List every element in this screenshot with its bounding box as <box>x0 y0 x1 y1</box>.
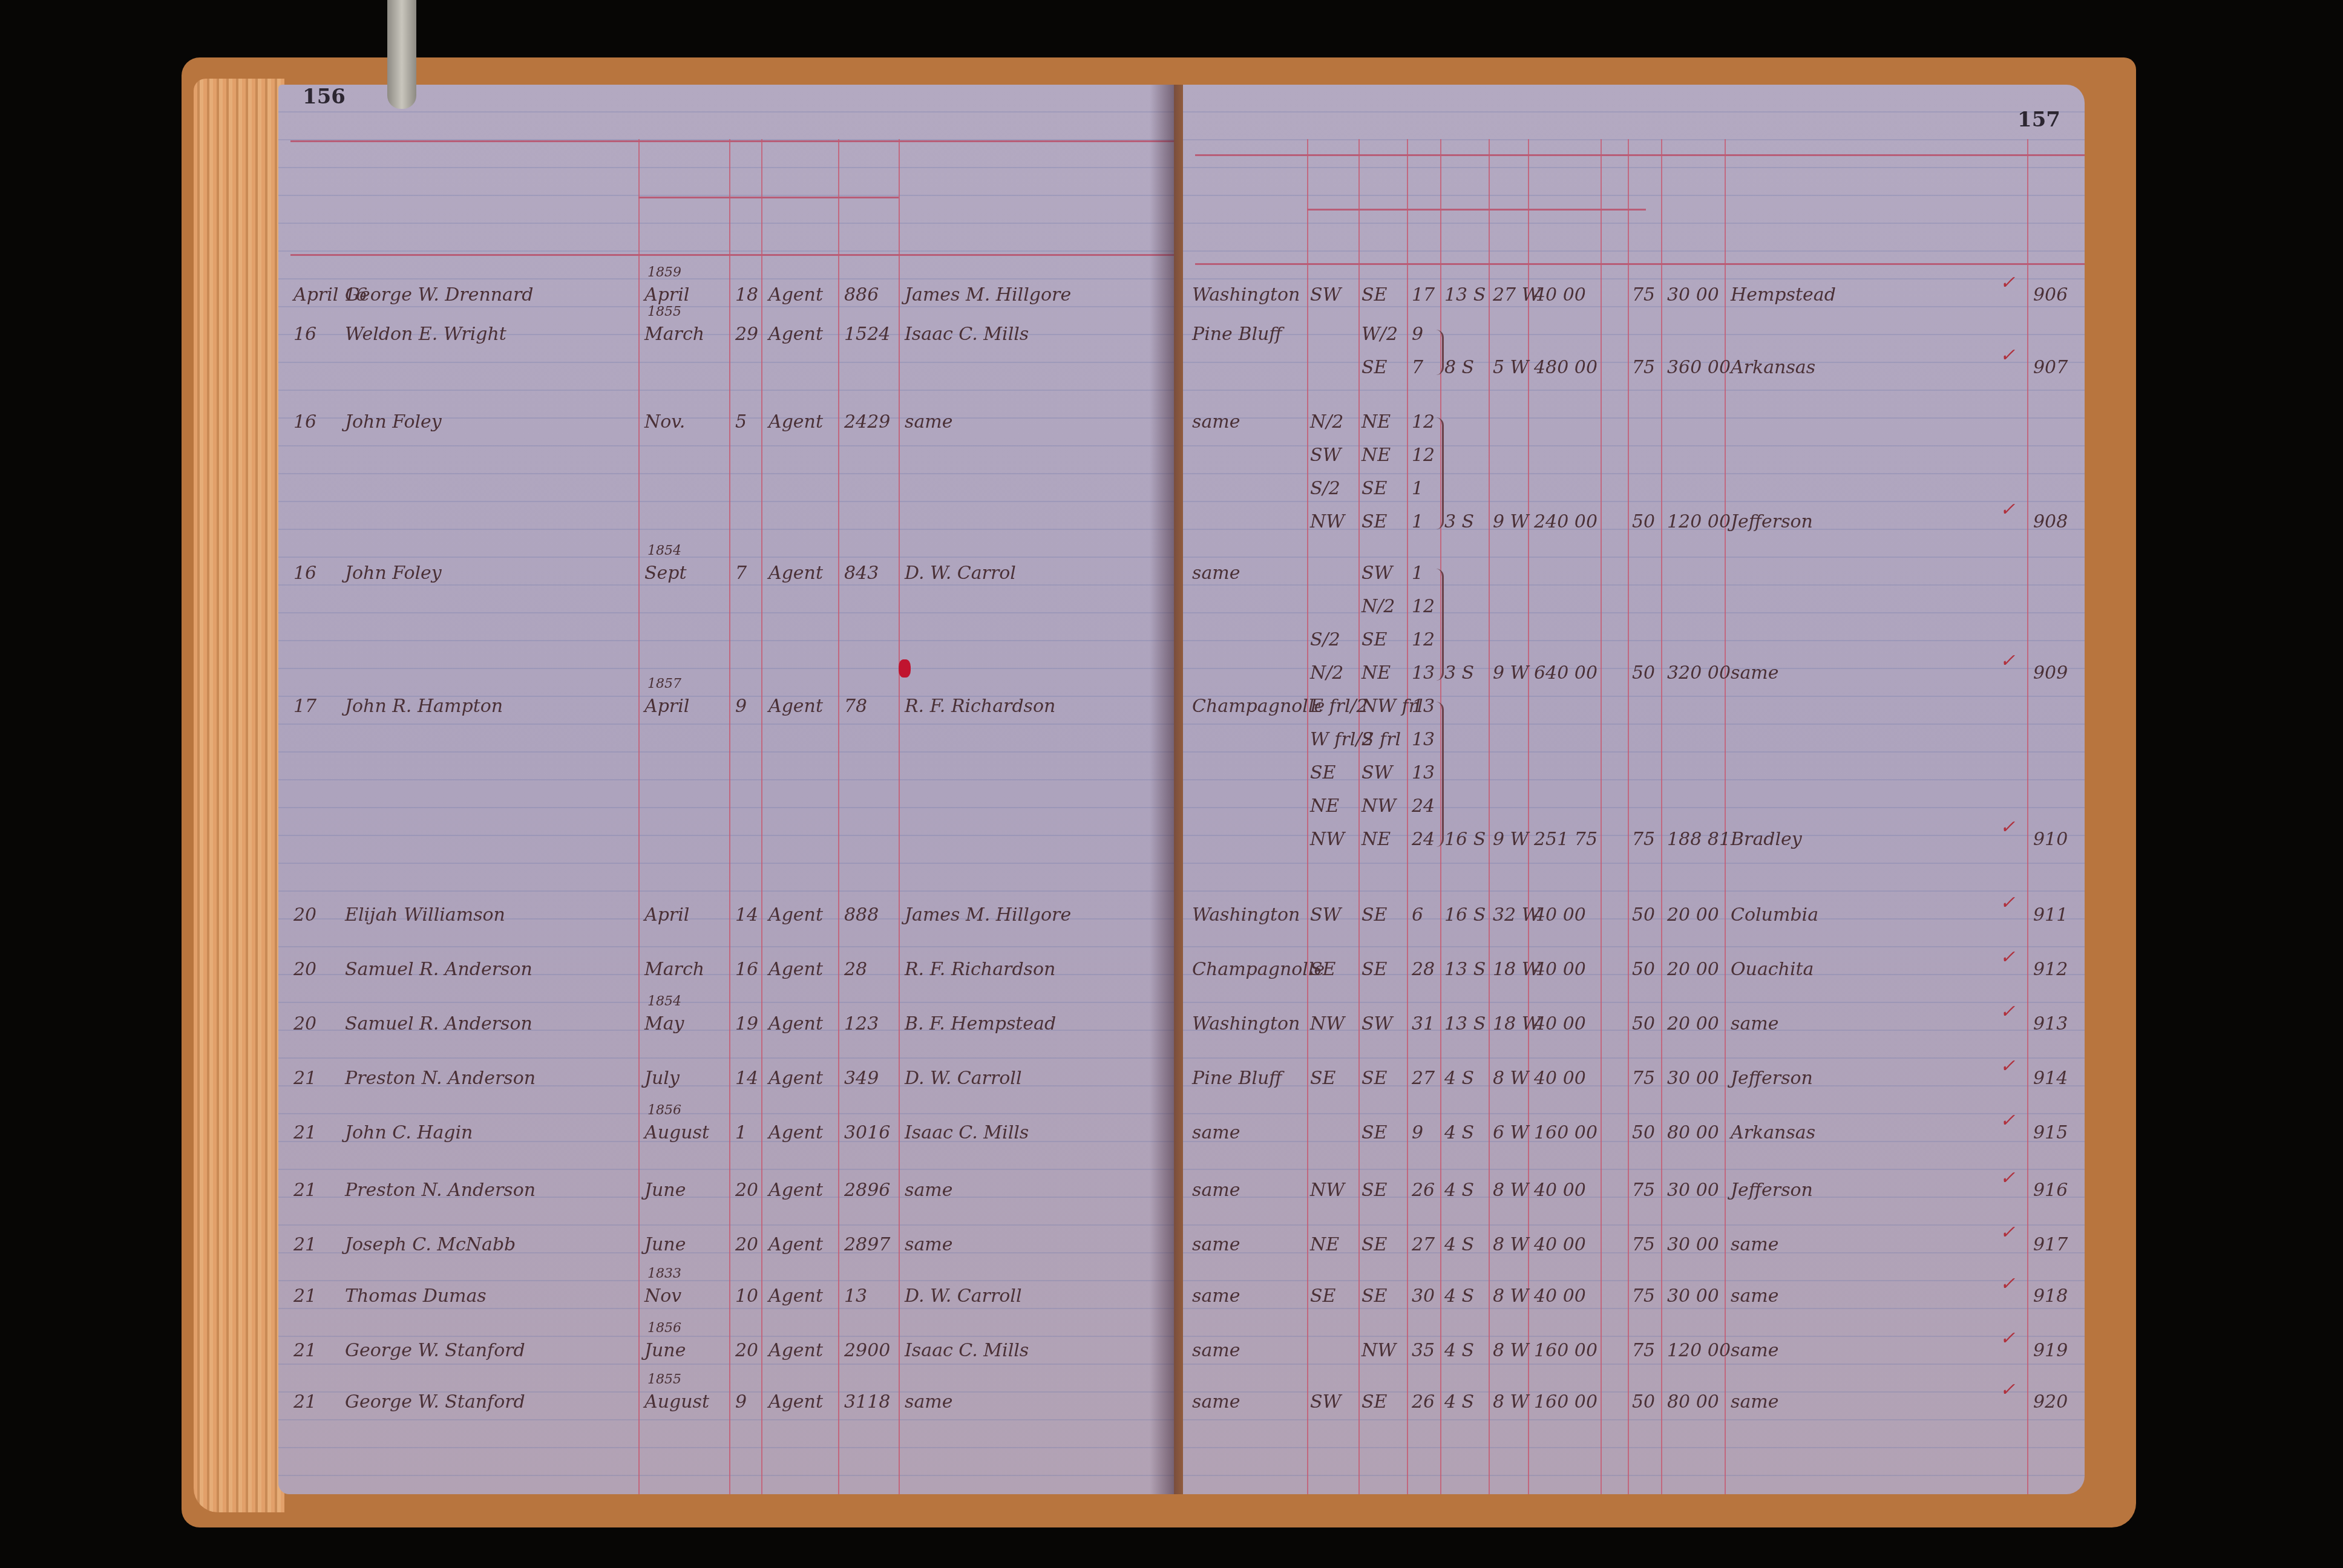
township: 4 S <box>1444 1122 1474 1143</box>
amount: 30 00 <box>1667 1180 1719 1201</box>
header-bottom-rule <box>1195 263 2085 265</box>
checkmark-icon: ✓ <box>2000 892 2015 913</box>
certificate-month: June <box>644 1234 686 1255</box>
patent-number: 912 <box>2033 959 2068 980</box>
issued-to: Agent <box>768 563 823 584</box>
checkmark-icon: ✓ <box>2000 1168 2015 1189</box>
township: 13 S <box>1444 284 1486 305</box>
quarter: SE <box>1310 959 1335 980</box>
certificate-year: 1856 <box>647 1321 681 1336</box>
amount: 20 00 <box>1667 1013 1719 1034</box>
acres: 480 00 <box>1534 357 1597 378</box>
section-number: 1 <box>1412 478 1423 499</box>
quarter: SE <box>1310 1285 1335 1307</box>
patent-number: 909 <box>2033 662 2068 684</box>
quarter: S/2 <box>1310 629 1340 650</box>
certificate-day: 1 <box>735 1122 747 1143</box>
range: 9 W <box>1493 511 1529 532</box>
certificate-number: 78 <box>844 696 867 717</box>
land-office: same <box>1192 1391 1240 1413</box>
land-office: Washington <box>1192 1013 1300 1034</box>
rate: 75 <box>1632 284 1655 305</box>
certificate-number: 2429 <box>844 411 890 433</box>
section-part: SE <box>1362 1234 1387 1255</box>
quarter: SW <box>1310 284 1341 305</box>
land-office: Washington <box>1192 904 1300 926</box>
purchaser-name: Joseph C. McNabb <box>345 1234 516 1255</box>
header-rule <box>1195 154 2085 156</box>
entry-date: 20 <box>293 904 316 926</box>
certificate-day: 10 <box>735 1285 758 1307</box>
county: Arkansas <box>1731 1122 1815 1143</box>
amount: 30 00 <box>1667 1068 1719 1089</box>
amount: 120 00 <box>1667 1340 1731 1361</box>
township: 4 S <box>1444 1285 1474 1307</box>
certificate-day: 18 <box>735 284 758 305</box>
column-divider <box>2027 139 2028 1494</box>
section-part: SE <box>1362 357 1387 378</box>
county: Columbia <box>1731 904 1818 926</box>
section-part: NW <box>1362 795 1396 817</box>
land-office: same <box>1192 1180 1240 1201</box>
section-number: 24 <box>1412 795 1435 817</box>
quarter: NE <box>1310 795 1339 817</box>
column-divider <box>1725 139 1726 1494</box>
issued-to: Agent <box>768 1234 823 1255</box>
certificate-day: 14 <box>735 904 758 926</box>
section-part: S frl <box>1362 729 1401 750</box>
register-officer: same <box>905 411 952 433</box>
section-part: SE <box>1362 511 1387 532</box>
section-number: 31 <box>1412 1013 1435 1034</box>
register-officer: B. F. Hempstead <box>905 1013 1056 1034</box>
right-page-number: 157 <box>2017 108 2060 132</box>
issued-to: Agent <box>768 1013 823 1034</box>
issued-to: Agent <box>768 411 823 433</box>
certificate-month: June <box>644 1340 686 1361</box>
tract-brace <box>1436 417 1444 529</box>
certificate-day: 14 <box>735 1068 758 1089</box>
acres: 40 00 <box>1534 1013 1586 1034</box>
right-page: 157 WashingtonSWSE1713 S27 W40 007530 00… <box>1183 85 2085 1494</box>
amount: 120 00 <box>1667 511 1731 532</box>
header-bottom-rule <box>290 254 1174 256</box>
register-officer: Isaac C. Mills <box>905 324 1029 345</box>
range: 9 W <box>1493 662 1529 684</box>
range: 9 W <box>1493 829 1529 850</box>
checkmark-icon: ✓ <box>2000 817 2015 838</box>
section-number: 27 <box>1412 1234 1435 1255</box>
entry-date: 21 <box>293 1234 316 1255</box>
checkmark-icon: ✓ <box>2000 650 2015 671</box>
section-part: NE <box>1362 411 1391 433</box>
section-part: SE <box>1362 284 1387 305</box>
land-office: same <box>1192 1122 1240 1143</box>
certificate-day: 9 <box>735 696 747 717</box>
section-part: SE <box>1362 1122 1387 1143</box>
certificate-year: 1859 <box>647 265 681 280</box>
section-number: 6 <box>1412 904 1423 926</box>
certificate-month: Nov <box>644 1285 681 1307</box>
range: 18 W <box>1493 959 1541 980</box>
left-page-number: 156 <box>303 85 346 109</box>
purchaser-name: John Foley <box>345 563 442 584</box>
rate: 75 <box>1632 1340 1655 1361</box>
entry-date: 21 <box>293 1122 316 1143</box>
register-officer: Isaac C. Mills <box>905 1122 1029 1143</box>
quarter: SW <box>1310 445 1341 466</box>
section-number: 30 <box>1412 1285 1435 1307</box>
certificate-month: Nov. <box>644 411 685 433</box>
section-number: 13 <box>1412 762 1435 783</box>
section-part: SE <box>1362 959 1387 980</box>
rate: 75 <box>1632 1068 1655 1089</box>
township: 4 S <box>1444 1180 1474 1201</box>
acres: 40 00 <box>1534 1180 1586 1201</box>
land-office: same <box>1192 563 1240 584</box>
certificate-number: 3118 <box>844 1391 890 1413</box>
land-office: Champagnolle <box>1192 696 1325 717</box>
certificate-month: March <box>644 959 704 980</box>
column-divider <box>638 139 640 1494</box>
register-officer: Isaac C. Mills <box>905 1340 1029 1361</box>
certificate-day: 16 <box>735 959 758 980</box>
section-part: N/2 <box>1362 596 1395 617</box>
section-number: 13 <box>1412 696 1435 717</box>
tract-brace <box>1436 569 1444 681</box>
section-number: 12 <box>1412 445 1435 466</box>
section-number: 12 <box>1412 411 1435 433</box>
land-office: Pine Bluff <box>1192 1068 1282 1089</box>
range: 8 W <box>1493 1285 1529 1307</box>
register-officer: James M. Hillgore <box>905 904 1071 926</box>
acres: 160 00 <box>1534 1340 1597 1361</box>
checkmark-icon: ✓ <box>2000 272 2015 293</box>
section-number: 12 <box>1412 629 1435 650</box>
entry-date: 16 <box>293 411 316 433</box>
acres: 40 00 <box>1534 904 1586 926</box>
patent-number: 913 <box>2033 1013 2068 1034</box>
patent-number: 916 <box>2033 1180 2068 1201</box>
patent-number: 917 <box>2033 1234 2068 1255</box>
entry-date: 17 <box>293 696 316 717</box>
acres: 40 00 <box>1534 1285 1586 1307</box>
range: 8 W <box>1493 1391 1529 1413</box>
township: 4 S <box>1444 1340 1474 1361</box>
section-part: SW <box>1362 1013 1392 1034</box>
rate: 75 <box>1632 1180 1655 1201</box>
entry-date: 21 <box>293 1285 316 1307</box>
section-part: NE <box>1362 829 1391 850</box>
quarter: N/2 <box>1310 662 1343 684</box>
rate: 50 <box>1632 1391 1655 1413</box>
register-officer: R. F. Richardson <box>905 696 1055 717</box>
issued-to: Agent <box>768 696 823 717</box>
section-number: 9 <box>1412 1122 1423 1143</box>
issued-to: Agent <box>768 1391 823 1413</box>
township: 4 S <box>1444 1391 1474 1413</box>
column-divider <box>1628 139 1629 1494</box>
county: same <box>1731 1391 1778 1413</box>
range: 8 W <box>1493 1068 1529 1089</box>
quarter: NW <box>1310 829 1345 850</box>
county: same <box>1731 1234 1778 1255</box>
section-number: 1 <box>1412 563 1423 584</box>
county: same <box>1731 1013 1778 1034</box>
checkmark-icon: ✓ <box>2000 1110 2015 1131</box>
certificate-month: April <box>644 904 689 926</box>
left-page: 156 April 16George W. Drennard1859April1… <box>278 85 1174 1494</box>
section-number: 13 <box>1412 729 1435 750</box>
entry-date: 21 <box>293 1068 316 1089</box>
rate: 50 <box>1632 1122 1655 1143</box>
quarter: NE <box>1310 1234 1339 1255</box>
certificate-number: 2896 <box>844 1180 890 1201</box>
rate: 50 <box>1632 904 1655 926</box>
purchaser-name: Samuel R. Anderson <box>345 959 532 980</box>
register-officer: R. F. Richardson <box>905 959 1055 980</box>
certificate-day: 20 <box>735 1340 758 1361</box>
rate: 75 <box>1632 357 1655 378</box>
checkmark-icon: ✓ <box>2000 1379 2015 1400</box>
section-part: SE <box>1362 629 1387 650</box>
issued-to: Agent <box>768 1340 823 1361</box>
patent-number: 920 <box>2033 1391 2068 1413</box>
issued-to: Agent <box>768 1122 823 1143</box>
checkmark-icon: ✓ <box>2000 1328 2015 1349</box>
range: 6 W <box>1493 1122 1529 1143</box>
amount: 320 00 <box>1667 662 1731 684</box>
register-officer: same <box>905 1391 952 1413</box>
amount: 20 00 <box>1667 904 1719 926</box>
register-officer: James M. Hillgore <box>905 284 1071 305</box>
certificate-year: 1855 <box>647 1372 681 1387</box>
section-part: SW <box>1362 762 1392 783</box>
certificate-month: August <box>644 1391 709 1413</box>
patent-number: 914 <box>2033 1068 2068 1089</box>
metal-clip <box>387 0 416 109</box>
certificate-number: 123 <box>844 1013 879 1034</box>
certificate-year: 1855 <box>647 304 681 319</box>
county: Jefferson <box>1731 1068 1813 1089</box>
quarter: SW <box>1310 1391 1341 1413</box>
certificate-year: 1854 <box>647 994 681 1009</box>
register-officer: same <box>905 1180 952 1201</box>
checkmark-icon: ✓ <box>2000 345 2015 366</box>
register-officer: D. W. Carroll <box>905 1068 1022 1089</box>
quarter: NW <box>1310 511 1345 532</box>
section-number: 24 <box>1412 829 1435 850</box>
county: Bradley <box>1731 829 1802 850</box>
page-edges <box>194 79 284 1512</box>
land-office: Champagnolle <box>1192 959 1325 980</box>
section-number: 12 <box>1412 596 1435 617</box>
acres: 40 00 <box>1534 1234 1586 1255</box>
quarter: S/2 <box>1310 478 1340 499</box>
column-divider <box>1601 139 1602 1494</box>
checkmark-icon: ✓ <box>2000 1273 2015 1295</box>
certificate-number: 2897 <box>844 1234 890 1255</box>
section-part: SE <box>1362 1285 1387 1307</box>
section-part: W/2 <box>1362 324 1398 345</box>
rate: 75 <box>1632 1234 1655 1255</box>
issued-to: Agent <box>768 904 823 926</box>
section-number: 27 <box>1412 1068 1435 1089</box>
township: 4 S <box>1444 1068 1474 1089</box>
certificate-number: 2900 <box>844 1340 890 1361</box>
purchaser-name: Elijah Williamson <box>345 904 505 926</box>
quarter: NW <box>1310 1013 1345 1034</box>
purchaser-name: George W. Stanford <box>345 1340 525 1361</box>
county: Ouachita <box>1731 959 1814 980</box>
amount: 20 00 <box>1667 959 1719 980</box>
certificate-year: 1856 <box>647 1103 681 1118</box>
amount: 80 00 <box>1667 1391 1719 1413</box>
township: 4 S <box>1444 1234 1474 1255</box>
entry-date: 16 <box>293 563 316 584</box>
range: 5 W <box>1493 357 1529 378</box>
range: 8 W <box>1493 1234 1529 1255</box>
patent-number: 918 <box>2033 1285 2068 1307</box>
amount: 360 00 <box>1667 357 1731 378</box>
patent-number: 919 <box>2033 1340 2068 1361</box>
section-number: 26 <box>1412 1391 1435 1413</box>
entry-date: 21 <box>293 1180 316 1201</box>
purchaser-name: Samuel R. Anderson <box>345 1013 532 1034</box>
quarter: NW <box>1310 1180 1345 1201</box>
issued-to: Agent <box>768 1068 823 1089</box>
section-part: SE <box>1362 1068 1387 1089</box>
patent-number: 907 <box>2033 357 2068 378</box>
column-divider <box>1307 139 1308 1494</box>
rate: 75 <box>1632 1285 1655 1307</box>
purchaser-name: Weldon E. Wright <box>345 324 506 345</box>
certificate-month: August <box>644 1122 709 1143</box>
county: Hempstead <box>1731 284 1836 305</box>
rate: 50 <box>1632 511 1655 532</box>
range: 18 W <box>1493 1013 1541 1034</box>
certificate-year: 1857 <box>647 676 681 691</box>
certificate-month: July <box>644 1068 680 1089</box>
checkmark-icon: ✓ <box>2000 499 2015 520</box>
register-officer: D. W. Carrol <box>905 563 1016 584</box>
certificate-number: 1524 <box>844 324 890 345</box>
column-divider <box>1489 139 1490 1494</box>
certificate-number: 843 <box>844 563 879 584</box>
land-office: same <box>1192 411 1240 433</box>
purchaser-name: Preston N. Anderson <box>345 1180 536 1201</box>
checkmark-icon: ✓ <box>2000 1222 2015 1243</box>
certificate-number: 3016 <box>844 1122 890 1143</box>
quarter: N/2 <box>1310 411 1343 433</box>
rate: 50 <box>1632 662 1655 684</box>
amount: 30 00 <box>1667 1285 1719 1307</box>
acres: 640 00 <box>1534 662 1597 684</box>
range: 32 W <box>1493 904 1541 926</box>
certificate-number: 888 <box>844 904 879 926</box>
township: 13 S <box>1444 959 1486 980</box>
range: 8 W <box>1493 1340 1529 1361</box>
issued-to: Agent <box>768 1285 823 1307</box>
certificate-month: May <box>644 1013 684 1034</box>
column-divider <box>1407 139 1408 1494</box>
township: 3 S <box>1444 511 1474 532</box>
entry-date: 16 <box>293 324 316 345</box>
section-number: 26 <box>1412 1180 1435 1201</box>
quarter: SE <box>1310 762 1335 783</box>
certificate-year: 1833 <box>647 1266 681 1281</box>
section-part: NE <box>1362 662 1391 684</box>
section-number: 17 <box>1412 284 1435 305</box>
acres: 40 00 <box>1534 284 1586 305</box>
header-rule <box>290 140 1174 142</box>
land-office: Pine Bluff <box>1192 324 1282 345</box>
certificate-year: 1854 <box>647 543 681 558</box>
certificate-month: April <box>644 284 689 305</box>
purchaser-name: John Foley <box>345 411 442 433</box>
patent-number: 908 <box>2033 511 2068 532</box>
header-subrule <box>638 197 899 198</box>
issued-to: Agent <box>768 1180 823 1201</box>
township: 16 S <box>1444 904 1486 926</box>
section-part: NW <box>1362 1340 1396 1361</box>
quarter: SW <box>1310 904 1341 926</box>
land-office: same <box>1192 1234 1240 1255</box>
column-divider <box>1358 139 1360 1494</box>
entry-date: 21 <box>293 1340 316 1361</box>
certificate-month: March <box>644 324 704 345</box>
section-number: 28 <box>1412 959 1435 980</box>
amount: 30 00 <box>1667 1234 1719 1255</box>
column-divider <box>899 139 900 1494</box>
acres: 160 00 <box>1534 1391 1597 1413</box>
section-number: 7 <box>1412 357 1423 378</box>
section-number: 13 <box>1412 662 1435 684</box>
range: 8 W <box>1493 1180 1529 1201</box>
acres: 40 00 <box>1534 1068 1586 1089</box>
township: 8 S <box>1444 357 1474 378</box>
rate: 75 <box>1632 829 1655 850</box>
township: 13 S <box>1444 1013 1486 1034</box>
certificate-month: Sept <box>644 563 687 584</box>
quarter: SE <box>1310 1068 1335 1089</box>
rate: 50 <box>1632 1013 1655 1034</box>
county: Jefferson <box>1731 1180 1813 1201</box>
entry-date: 20 <box>293 959 316 980</box>
acres: 240 00 <box>1534 511 1597 532</box>
section-part: SW <box>1362 563 1392 584</box>
purchaser-name: Thomas Dumas <box>345 1285 487 1307</box>
patent-number: 906 <box>2033 284 2068 305</box>
column-divider <box>838 139 839 1494</box>
range: 27 W <box>1493 284 1541 305</box>
entry-date: 21 <box>293 1391 316 1413</box>
township: 16 S <box>1444 829 1486 850</box>
section-part: SE <box>1362 904 1387 926</box>
tract-brace <box>1436 330 1444 375</box>
county: same <box>1731 1340 1778 1361</box>
section-number: 1 <box>1412 511 1423 532</box>
section-part: SE <box>1362 1180 1387 1201</box>
column-divider <box>761 139 762 1494</box>
certificate-month: June <box>644 1180 686 1201</box>
issued-to: Agent <box>768 284 823 305</box>
checkmark-icon: ✓ <box>2000 947 2015 968</box>
amount: 80 00 <box>1667 1122 1719 1143</box>
issued-to: Agent <box>768 324 823 345</box>
section-part: NE <box>1362 445 1391 466</box>
acres: 160 00 <box>1534 1122 1597 1143</box>
